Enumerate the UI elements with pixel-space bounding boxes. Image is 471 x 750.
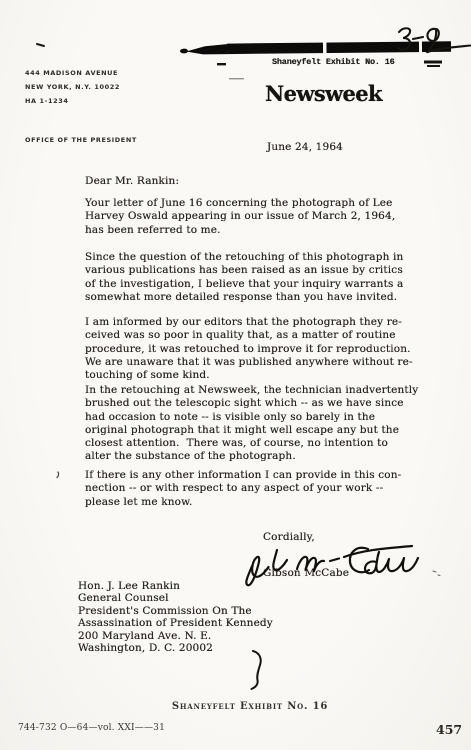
print-code: 744-732 O—64—vol. XXI——31 [18, 723, 165, 733]
paragraph-1: Your letter of June 16 concerning the ph… [85, 197, 395, 237]
exhibit-stamp-label: Shaneyfelt Exhibit No. 16 [272, 57, 395, 67]
paragraph-2: Since the question of the retouching of … [85, 251, 403, 304]
letterhead-office-line: OFFICE OF THE PRESIDENT [25, 133, 137, 147]
recipient-address-block: Hon. J. Lee Rankin General Counsel Presi… [78, 580, 273, 654]
newsweek-logo: Newsweek [265, 81, 382, 106]
salutation: Dear Mr. Rankin: [85, 175, 179, 188]
page-number: 457 [436, 722, 462, 737]
paragraph-3: I am informed by our editors that the ph… [85, 316, 413, 382]
handwritten-page-number [398, 28, 470, 52]
tick-mark [37, 44, 44, 46]
closing: Cordially, [263, 531, 315, 544]
letterhead-address: 444 MADISON AVENUE NEW YORK, N.Y. 10022 … [25, 66, 120, 108]
paragraph-4: In the retouching at Newsweek, the techn… [85, 384, 418, 464]
handwritten-bracket [252, 651, 261, 689]
scanned-letter-page: 444 MADISON AVENUE NEW YORK, N.Y. 10022 … [0, 0, 471, 750]
scan-noise-mark [433, 571, 440, 576]
exhibit-caption: Shaneyfelt Exhibit No. 16 [130, 701, 370, 712]
stray-mark [57, 472, 59, 478]
paragraph-5: If there is any other information I can … [85, 469, 401, 509]
signer-name: Gibson McCabe [263, 567, 349, 580]
letter-date: June 24, 1964 [267, 141, 343, 154]
redaction-marker [180, 41, 451, 56]
